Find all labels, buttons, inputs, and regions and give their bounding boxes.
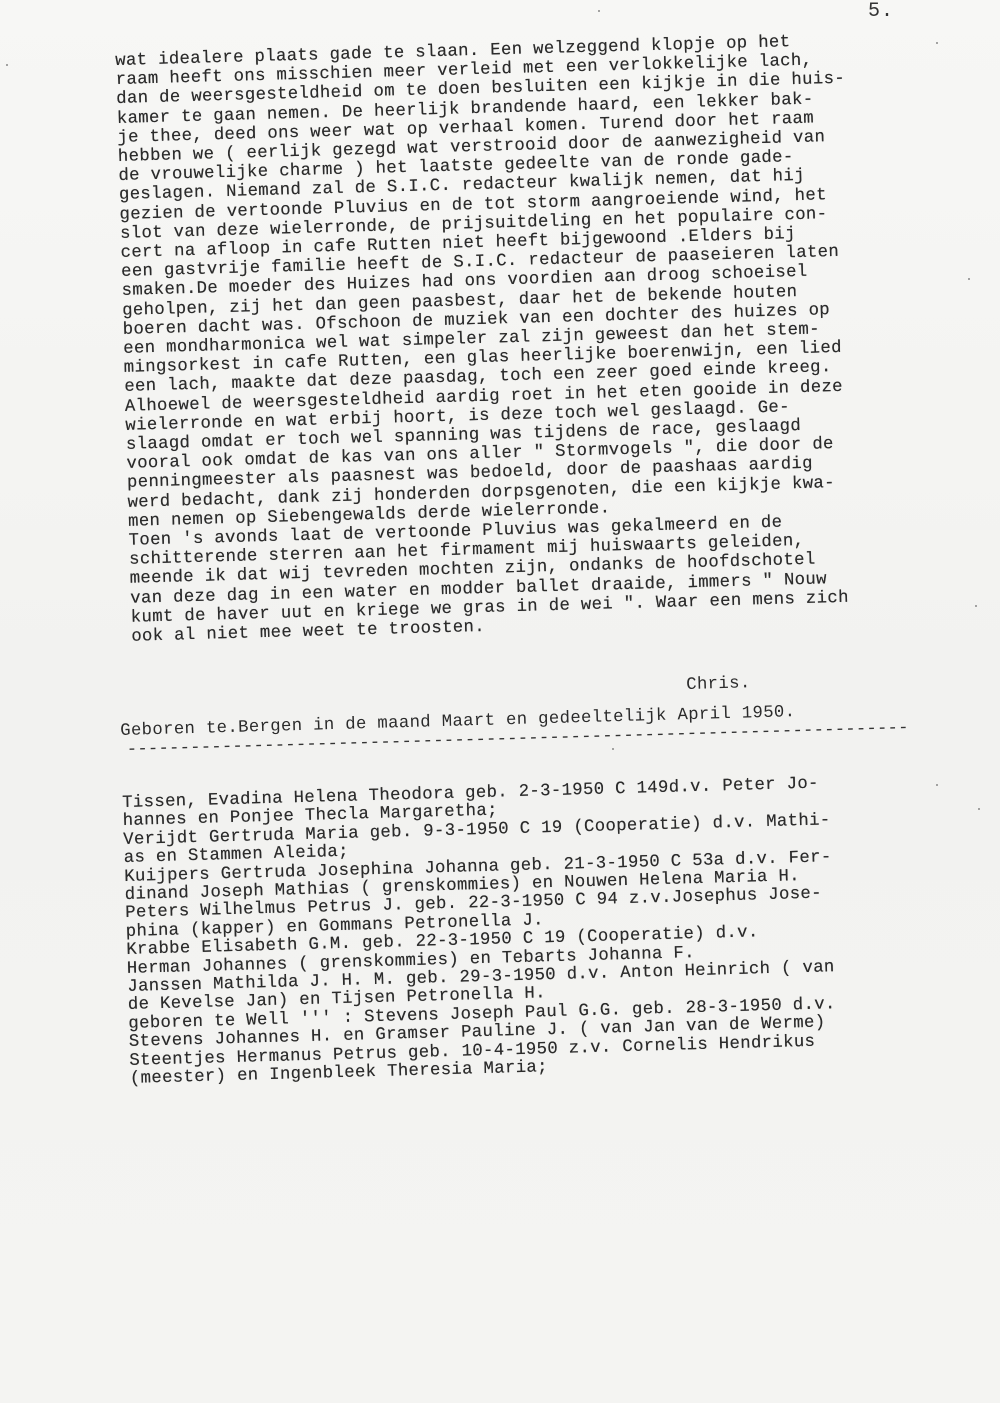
births-list: Tissen, Evadina Helena Theodora geb. 2-3…: [122, 771, 990, 1089]
scan-speck: [612, 748, 614, 750]
article-body: wat idealere plaats gade te slaan. Een w…: [115, 28, 991, 647]
scan-speck: [6, 64, 8, 66]
typewritten-page: 5. wat idealere plaats gade te slaan. Ee…: [0, 0, 1000, 1403]
scan-speck: [975, 605, 977, 607]
scan-speck: [978, 808, 980, 810]
scan-speck: [598, 10, 600, 12]
page-number: 5.: [868, 0, 894, 23]
births-section-header: Geboren te.Bergen in de maand Maart en g…: [120, 698, 981, 760]
scan-speck: [936, 42, 938, 44]
scan-speck: [968, 278, 970, 280]
author-signature: Chris.: [686, 674, 751, 695]
scan-speck: [936, 784, 938, 786]
